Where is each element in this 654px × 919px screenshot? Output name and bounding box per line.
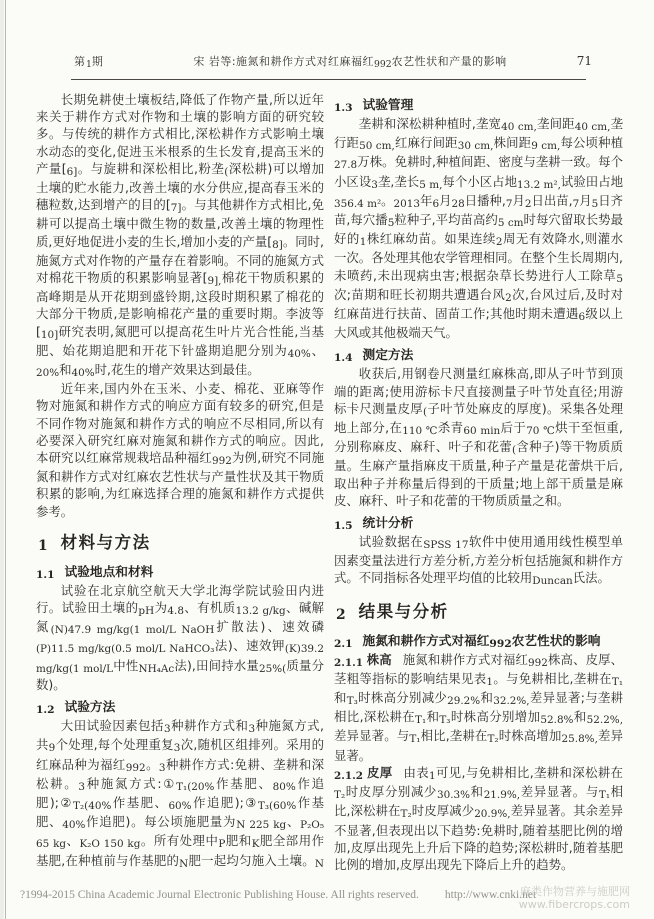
- watermark-name: 麻类作物营养与施肥网: [519, 885, 630, 898]
- page-header: 第1期 宋 岩等:施氮和耕作方式对红麻福红992农艺性状和产量的影响 71: [74, 53, 592, 69]
- right-column: 1.3试验管理垄耕和深松耕种植时,垄宽40 cm,垄间距40 cm,垄行距50 …: [334, 91, 623, 873]
- section-heading-1.4: 1.4测定方法: [334, 344, 623, 363]
- running-title: 宋 岩等:施氮和耕作方式对红麻福红992农艺性状和产量的影响: [154, 53, 546, 69]
- paragraph: 垄耕和深松耕种植时,垄宽40 cm,垄间距40 cm,垄行距50 cm,红麻行间…: [334, 115, 623, 341]
- section-heading-1: 1材料与方法: [38, 529, 324, 553]
- section-heading-1.5: 1.5统计分析: [334, 512, 623, 531]
- site-watermark: 麻类作物营养与施肥网 www.fibercrops.com: [519, 885, 630, 911]
- paragraph: 2.1.1 株高施氮和耕作方式对福红992株高、皮厚、茎粗等指标的影响结果见表1…: [334, 651, 623, 764]
- left-column: 长期免耕使土壤板结,降低了作物产量,所以近年来关于耕作方式对作物和土壤的影响方面…: [36, 91, 324, 873]
- copyright-text: ?1994-2015 China Academic Journal Electr…: [20, 889, 419, 901]
- section-heading-1.3: 1.3试验管理: [334, 94, 623, 113]
- section-heading-1.2: 1.2试验方法: [36, 696, 324, 715]
- page-number: 71: [546, 54, 592, 68]
- copyright-notice: ?1994-2015 China Academic Journal Electr…: [20, 889, 536, 901]
- issue-label: 第1期: [74, 53, 154, 69]
- header-rule: [71, 79, 586, 80]
- paragraph: 试验数据在SPSS 17软件中使用通用线性模型单因素变量法进行方差分析,方差分析…: [334, 533, 623, 589]
- paragraph: 近年来,国内外在玉米、小麦、棉花、亚麻等作物对施氮和耕作方式的响应方面有较多的研…: [36, 380, 324, 520]
- section-heading-1.1: 1.1试验地点和材料: [36, 561, 324, 580]
- run-in-heading: 2.1.1 株高: [334, 652, 392, 667]
- scan-page-edge: [0, 0, 4, 919]
- section-heading-2: 2结果与分析: [336, 598, 623, 622]
- paragraph: 试验在北京航空航天大学北海学院试验田内进行。试验田土壤的pH为4.8、有机质13…: [36, 582, 324, 693]
- run-in-heading: 2.1.2 皮厚: [334, 765, 393, 780]
- paragraph: 长期免耕使土壤板结,降低了作物产量,所以近年来关于耕作方式对作物和土壤的影响方面…: [36, 91, 324, 380]
- paragraph: 收获后,用钢卷尺测量红麻株高,即从子叶节到顶端的距离;使用游标卡尺直接测量子叶节…: [334, 365, 623, 509]
- section-heading-2.1: 2.1施氮和耕作方式对福红992农艺性状的影响: [334, 630, 623, 649]
- paragraph: 2.1.2 皮厚由表1可见,与免耕相比,垄耕和深松耕在T₂时皮厚分别减少30.3…: [334, 764, 623, 873]
- paragraph: 大田试验因素包括3种耕作方式和3种施氮方式,共9个处理,每个处理重复3次,随机区…: [36, 717, 324, 873]
- watermark-url: www.fibercrops.com: [519, 898, 630, 911]
- scan-fold-line: [5, 0, 6, 919]
